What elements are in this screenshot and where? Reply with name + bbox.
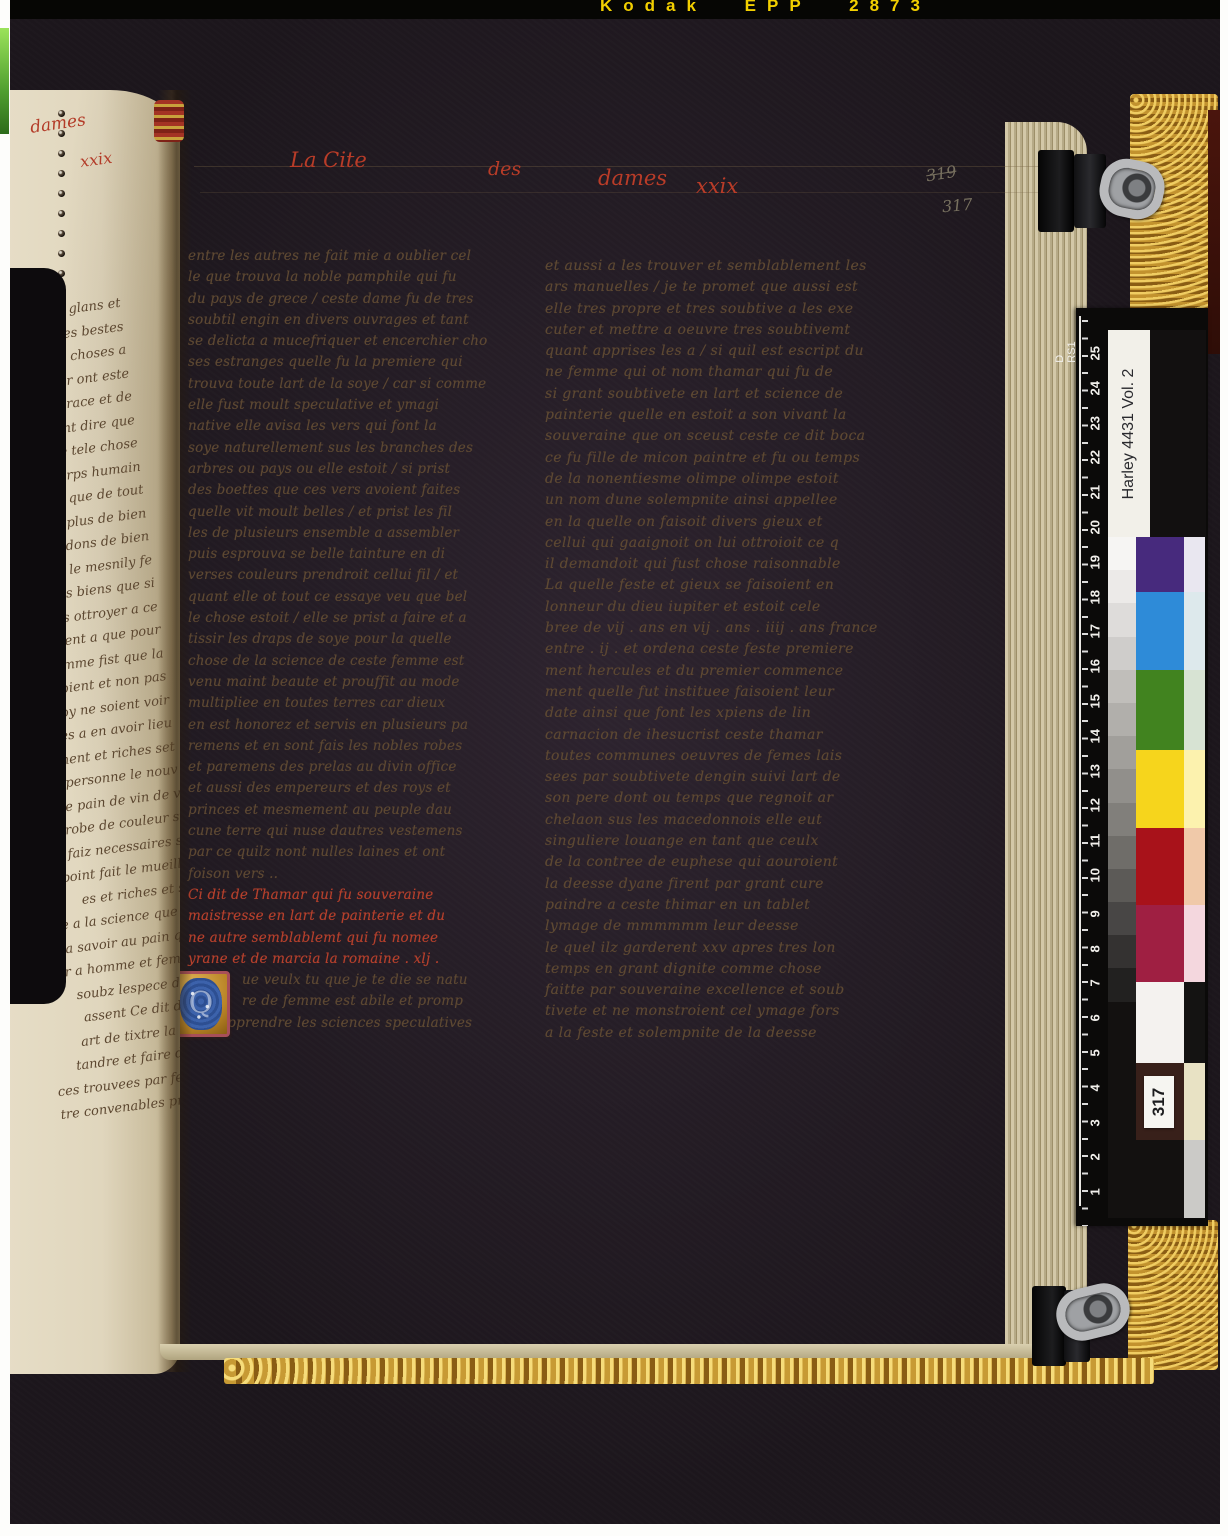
boss-dot [58,170,65,177]
running-header-part3: dames [598,166,667,190]
gray-step [1108,736,1136,769]
gray-step [1108,836,1136,869]
pale-patch [1184,982,1205,1063]
initial-block: Que veulx tu que je te die se nature de … [188,970,474,1013]
manuscript-line: carnacion de ihesucrist ceste thamar [545,725,875,746]
text-column-a: entre les autres ne fait mie a oublier c… [188,246,474,1034]
manuscript-line: native elle avisa les vers qui font la [188,416,474,437]
gilt-tooled-band [224,1358,1154,1384]
manuscript-line: cuter et mettre a oeuvre tres soubtivemt [545,320,875,341]
manuscript-line: elle fust moult speculative et ymagi [188,395,474,416]
manuscript-line: et paremens des prelas au divin office [188,757,474,778]
manuscript-line: lonneur du dieu iupiter et estoit cele [545,597,875,618]
shelfmark-text: Harley 4431 Vol. 2 [1120,368,1138,499]
ruler-number: 4 [1088,1069,1103,1091]
ruler-number: 25 [1088,339,1103,361]
ruler-number: 13 [1088,756,1103,778]
manuscript-photo: Kodak EPP 2873 dames xxix s de cenelles … [0,0,1228,1536]
manuscript-line: soye naturellement sus les branches des [188,438,474,459]
ruler-number: 15 [1088,687,1103,709]
manuscript-line: chelaon sus les macedonnois elle eut [545,810,875,831]
gray-step [1108,803,1136,836]
black-reference-patch [1150,330,1206,540]
manuscript-line: te a apprendre les sciences speculatives [188,1013,474,1034]
pale-patch [1184,670,1205,750]
patch-purple [1136,537,1184,592]
manuscript-line: et aussi a les trouver et semblablement … [545,256,875,277]
manuscript-line: multipliee en toutes terres car dieux [188,693,474,714]
manuscript-line: du pays de grece / ceste dame fu de tres [188,289,474,310]
gray-step [1108,1002,1136,1218]
ruler-edge-line [1079,316,1081,1206]
manuscript-line: de la nonentiesme olimpe olimpe estoit [545,469,875,490]
manuscript-line: quant apprises les a / si quil est escri… [545,341,875,362]
ruler-number: 6 [1088,1000,1103,1022]
rubric-line: maistresse en lart de painterie et du [188,906,474,927]
grayscale-steps [1108,537,1136,1218]
rubric-line: Ci dit de Thamar qui fu souveraine [188,885,474,906]
ruler-top-code: D RS1 [1054,337,1078,363]
boss-dot [58,190,65,197]
running-header-numeral: xxix [696,174,738,198]
boss-dot [58,150,65,157]
manuscript-line: a la feste et solempnite de la deesse [545,1023,875,1044]
manuscript-line: princes et mesmement au peuple dau [188,800,474,821]
manuscript-line: par ce quilz nont nulles laines et ont [188,842,474,863]
pale-patch [1184,828,1205,905]
manuscript-line: cellui qui gaaignoit on lui ottroioit ce… [545,533,875,554]
photo-edge-artifact [0,28,9,134]
manuscript-line: souveraine que on sceust ceste ce dit bo… [545,426,875,447]
boss-dot [58,130,65,137]
pale-patch [1184,1140,1205,1218]
manuscript-line: entre . ij . et ordena ceste feste premi… [545,639,875,660]
manuscript-line: remens et en sont fais les nobles robes [188,736,474,757]
clip-body [1038,150,1074,232]
manuscript-line: le que trouva la noble pamphile qui fu [188,267,474,288]
manuscript-line: venu maint beaute et prouffit au mode [188,672,474,693]
folio-sticker-text: 317 [1149,1088,1169,1116]
gray-step [1108,935,1136,968]
gray-step [1108,769,1136,802]
folio-sticker: 317 [1144,1076,1174,1128]
ruler-number: 20 [1088,513,1103,535]
manuscript-line: singuliere louange en tant que ceulx [545,831,875,852]
ruler-number: 23 [1088,408,1103,430]
endband [154,100,184,142]
boss-dot [58,230,65,237]
manuscript-line: temps en grant dignite comme chose [545,959,875,980]
manuscript-line: le quel ilz garderent xxv apres tres lon [545,938,875,959]
manuscript-line: les de plusieurs ensemble a assembler [188,523,474,544]
patch-yellow [1136,750,1184,828]
manuscript-line: lymage de mmmmmm leur deesse [545,916,875,937]
gray-step [1108,968,1136,1001]
pale-patch [1184,750,1205,828]
manuscript-line: il demandoit qui fust chose raisonnable [545,554,875,575]
manuscript-line: trouva toute lart de la soye / car si co… [188,374,474,395]
manuscript-line: La quelle feste et gieux se faisoient en [545,575,875,596]
calibration-ruler: D RS1 2524232221201918171615141312111098… [1076,308,1108,1226]
manuscript-line: foison vers .. [188,864,474,885]
boss-dot [58,250,65,257]
ruler-number: 5 [1088,1035,1103,1057]
manuscript-line: puis esprouva se belle tainture en di [188,544,474,565]
ruler-number: 19 [1088,547,1103,569]
recto-page-folio-317: La Cite des dames xxix 319 317 entre les… [170,92,1086,1364]
manuscript-line: toutes communes oeuvres de femes lais [545,746,875,767]
ruler-number: 2 [1088,1139,1103,1161]
binder-clip-top [1038,146,1148,238]
manuscript-line: ses estranges quelle fu la premiere qui [188,352,474,373]
gray-step [1108,703,1136,736]
gray-step [1108,537,1136,570]
ruler-number: 3 [1088,1104,1103,1126]
manuscript-line: ment quelle fut instituee faisoient leur [545,682,875,703]
manuscript-line: en la quelle on faisoit divers gieux et [545,512,875,533]
gray-step [1108,902,1136,935]
manuscript-line: quelle vit moult belles / et prist les f… [188,502,474,523]
manuscript-line: paindre a ceste thimar en un tablet [545,895,875,916]
manuscript-line: arbres ou pays ou elle estoit / si prist [188,459,474,480]
boss-dot [58,110,65,117]
ruler-number: 8 [1088,930,1103,952]
manuscript-line: se delicta a mucefriquer et encerchier c… [188,331,474,352]
manuscript-line: tivete et ne monstroient cel ymage fors [545,1001,875,1022]
gray-step [1108,570,1136,603]
ruler-number: 7 [1088,965,1103,987]
gray-step [1108,637,1136,670]
ruler-number: 12 [1088,791,1103,813]
ruler-number: 21 [1088,478,1103,500]
manuscript-line: ment hercules et du premier commence [545,661,875,682]
ruler-number: 24 [1088,373,1103,395]
text-column-b: et aussi a les trouver et semblablement … [545,256,875,1044]
manuscript-line: de la contree de euphese qui aouroient [545,852,875,873]
pale-patch [1184,1063,1205,1140]
patch-dark-red [1136,828,1184,905]
manuscript-line: re de femme est abile et promp [188,991,474,1012]
ruler-number: 1 [1088,1174,1103,1196]
manuscript-line: chose de la science de ceste femme est [188,651,474,672]
patch-black [1136,1140,1184,1218]
ruler-number: 11 [1088,826,1103,848]
boss-dot [58,210,65,217]
ruling-line [200,192,1050,193]
manuscript-line: elle tres propre et tres soubtive a les … [545,299,875,320]
pale-patch [1184,537,1205,592]
left-cover-edge [10,268,66,1004]
manuscript-line: le chose estoit / elle se prist a faire … [188,608,474,629]
manuscript-line: la deesse dyane firent par grant cure [545,874,875,895]
manuscript-line: date ainsi que font les xpiens de lin [545,703,875,724]
leather-cover-edge [1208,110,1220,354]
manuscript-line: sees par soubtivete dengin suivi lart de [545,767,875,788]
manuscript-line: cune terre qui nuse dautres vestemens [188,821,474,842]
manuscript-line: un nom dune solempnite ainsi appellee [545,490,875,511]
background-felt: dames xxix s de cenelles et de glans etn… [10,6,1220,1524]
manuscript-line: soubtil engin en divers ouvrages et tant [188,310,474,331]
manuscript-line: entre les autres ne fait mie a oublier c… [188,246,474,267]
manuscript-line: bree de vij . ans en vij . ans . iiij . … [545,618,875,639]
ruler-number: 9 [1088,895,1103,917]
pale-patch [1184,592,1205,670]
manuscript-line: et aussi des empereurs et des roys et [188,778,474,799]
rubric-line: yrane et de marcia la romaine . xlj . [188,949,474,970]
pencil-foliation-current: 317 [941,195,973,217]
rubric-line: ne autre semblablemt qui fu nomee [188,928,474,949]
manuscript-line: si grant soubtivete en lart et science d… [545,384,875,405]
pale-patch [1184,905,1205,982]
binder-clip-bottom [1030,1280,1140,1372]
patch-white [1136,982,1184,1063]
manuscript-line: en est honorez et servis en plusieurs pa [188,715,474,736]
patch-crimson [1136,905,1184,982]
running-header-part2: des [488,158,521,180]
ruler-number: 16 [1088,652,1103,674]
manuscript-line: ne femme qui ot nom thamar qui fu de [545,362,875,383]
film-strip-bar: Kodak EPP 2873 [10,0,1220,19]
ruler-number: 10 [1088,861,1103,883]
patch-green [1136,670,1184,750]
ruler-number: 17 [1088,617,1103,639]
left-running-header-numeral: xxix [79,148,114,171]
manuscript-line: faitte par souveraine excellence et soub [545,980,875,1001]
manuscript-line: des boettes que ces vers avoient faites [188,480,474,501]
ruler-number: 22 [1088,443,1103,465]
manuscript-line: ars manuelles / je te promet que aussi e… [545,277,875,298]
pencil-foliation-crossed-out: 319 [925,162,958,186]
film-strip-label: Kodak EPP 2873 [600,0,931,16]
manuscript-line: verses couleurs prendroit cellui fil / e… [188,565,474,586]
color-calibration-bar: D RS1 2524232221201918171615141312111098… [1076,308,1208,1226]
manuscript-line: son pere dont ou temps que regnoit ar [545,788,875,809]
manuscript-line: painterie quelle en estoit a son vivant … [545,405,875,426]
gray-step [1108,869,1136,902]
shelfmark-label: Harley 4431 Vol. 2 [1108,330,1150,537]
gutter-shadow [158,90,192,1372]
running-header-part1: La Cite [290,148,367,172]
ruler-number: 18 [1088,582,1103,604]
gilt-cover-edge-bottom [1128,1220,1218,1370]
manuscript-line: tissir les draps de soye pour la quelle [188,629,474,650]
manuscript-line: ce fu fille de micon paintre et fu ou te… [545,448,875,469]
manuscript-line: quant elle ot tout ce essaye veu que bel [188,587,474,608]
patch-blue [1136,592,1184,670]
pale-patches [1184,537,1205,1218]
ruler-number: 14 [1088,721,1103,743]
gray-step [1108,603,1136,636]
gray-step [1108,670,1136,703]
manuscript-line: ue veulx tu que je te die se natu [188,970,474,991]
